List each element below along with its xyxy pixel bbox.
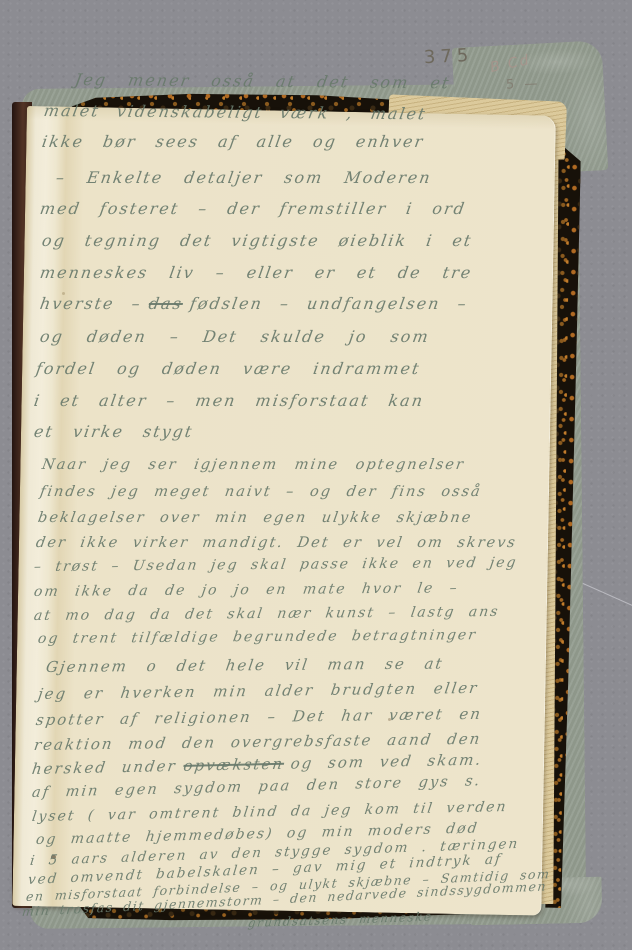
- manuscript-line: der ikke virker mandigt. Det er vel om s…: [35, 536, 518, 551]
- manuscript-line: – trøst – Usedan jeg skal passe ikke en …: [33, 556, 519, 574]
- manuscript-line: Jeg mener osså at det som et: [74, 72, 452, 91]
- struck-word: opvæksten: [182, 755, 285, 775]
- interline-insertion: grundsatsens menneske: [247, 911, 433, 930]
- line-segment: hersked under: [31, 757, 178, 778]
- manuscript-line: beklagelser over min egen ulykke skjæbne: [37, 511, 474, 526]
- manuscript-line: at mo dag da det skal nær kunst – lastg …: [33, 605, 501, 623]
- manuscript-line: spotter af religionen – Det har været en: [35, 707, 483, 728]
- manuscript-line: hersked underopvækstenog som ved skam.: [31, 753, 483, 777]
- manuscript-line: hverste –dasfødslen – undfangelsen –: [39, 296, 469, 312]
- handwriting-layer: 375 B Cd 5 — Jeg mener osså at det som e…: [0, 0, 632, 950]
- manuscript-line: om ikke da de jo jo en mate hvor le –: [33, 581, 460, 599]
- manuscript-line: og døden – Det skulde jo som: [39, 329, 431, 345]
- manuscript-line: reaktion mod den overgrebsfaste aand den: [33, 732, 482, 753]
- struck-word: das: [147, 294, 184, 313]
- page-number: 375: [424, 47, 474, 68]
- manuscript-line: fordel og døden være indrammet: [35, 361, 422, 377]
- manuscript-line: og trent tilfældige begrundede betragtni…: [37, 628, 478, 646]
- manuscript-line: et virke stygt: [33, 424, 195, 440]
- line-segment: fødslen – undfangelsen –: [189, 294, 470, 313]
- manuscript-line: Gjennem o det hele vil man se at: [45, 657, 445, 675]
- manuscript-line: menneskes liv – eller er et de tre: [39, 265, 474, 281]
- manuscript-line: malet videnskabeligt værk , malet: [43, 103, 428, 122]
- manuscript-line: ikke bør sees af alle og enhver: [41, 134, 426, 150]
- manuscript-line: – Enkelte detaljer som Moderen: [55, 170, 433, 186]
- line-segment: og som ved skam.: [290, 751, 484, 773]
- catalog-mark: B Cd: [489, 53, 532, 75]
- manuscript-line: lyset ( var omtrent blind da jeg kom til…: [31, 800, 508, 824]
- manuscript-line: af min egen sygdom paa den store gys s.: [31, 774, 482, 800]
- manuscript-line: findes jeg meget naivt – og der fins oss…: [39, 485, 483, 500]
- manuscript-line: i et alter – men misforstaat kan: [33, 393, 426, 409]
- manuscript-line: jeg er hverken min alder brudgten eller: [37, 681, 480, 702]
- manuscript-line: med fosteret – der fremstiller i ord: [39, 201, 467, 217]
- sheet-mark: 5 —: [506, 77, 541, 91]
- manuscript-line: og tegning det vigtigste øieblik i et: [41, 233, 474, 249]
- line-segment: hverste –: [39, 294, 144, 313]
- manuscript-line: Naar jeg ser igjennem mine optegnelser: [41, 458, 466, 473]
